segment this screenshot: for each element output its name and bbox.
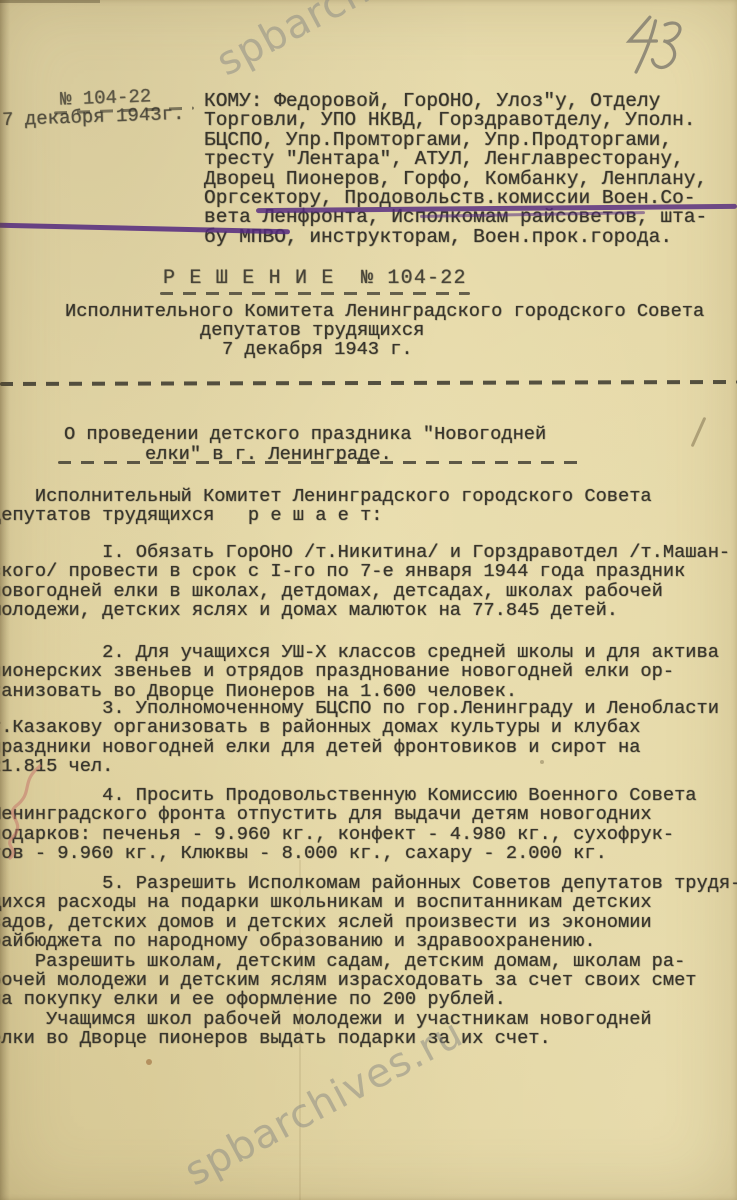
paragraph-line: пионерских звеньев и отрядов праздновани…: [0, 662, 737, 681]
paragraph-5: 5. Разрешить Исполкомам районных Советов…: [0, 874, 737, 1049]
intro-line: депутатов трудящихся р е ш а е т:: [0, 506, 652, 525]
decision-heading: Р Е Ш Е Н И Е № 104-22: [163, 267, 467, 290]
distribution-line: тресту "Лентара", АТУЛ, Ленглавресторану…: [204, 150, 707, 169]
red-margin-mark: [0, 752, 60, 872]
archive-watermark: spbarchives.ru: [209, 0, 500, 80]
paragraph-line: молодежи, детских яслях и домах малюток …: [0, 601, 737, 620]
document-page: spbarchives.ru spbarchives.ru № 104-22 7…: [0, 0, 737, 1200]
paragraph-2: 2. Для учащихся УШ-Х классов средней шко…: [0, 643, 737, 701]
pencil-slash-mark: [691, 417, 707, 447]
doc-date: 7 декабря 1943г.: [2, 103, 185, 131]
paper-speck: [146, 1059, 152, 1065]
paragraph-line: Ленинградского фронта отпустить для выда…: [0, 805, 737, 824]
distribution-line: Торговли, УПО НКВД, Горздравотделу, Упол…: [204, 111, 707, 130]
paragraph-line: щихся расходы на подарки школьникам и во…: [0, 893, 737, 912]
handwritten-page-number: [612, 4, 699, 86]
dashed-separator: [0, 380, 737, 386]
distribution-list: КОМУ: Федоровой, ГорОНО, Улоз"у, Отделу …: [204, 92, 707, 247]
subject-underline: [58, 461, 586, 464]
paragraph-line: 21.815 чел.: [0, 757, 737, 776]
paper-edge-shadow: [0, 0, 100, 3]
decision-heading-underline: [160, 292, 470, 295]
decision-date: 7 декабря 1943 г.: [222, 338, 413, 360]
paragraph-4: 4. Просить Продовольственную Комиссию Во…: [0, 786, 737, 864]
paragraph-1: I. Обязать ГорОНО /т.Никитина/ и Горздра…: [0, 543, 737, 621]
distribution-line: бу МПВО, инструкторам, Воен.прок.города.: [204, 228, 707, 247]
paragraph-line: тов - 9.960 кг., Клюквы - 8.000 кг., сах…: [0, 844, 737, 863]
paragraph-line: елки во Дворце пионеров выдать подарки з…: [0, 1029, 737, 1048]
subject-line: О проведении детского праздника "Новогод…: [64, 423, 546, 445]
intro-text: Исполнительный Комитет Ленинградского го…: [0, 487, 652, 526]
paragraph-3: 3. Уполномоченному БЦСПО по гор.Ленингра…: [0, 699, 737, 777]
paragraph-line: на покупку елки и ее оформление по 200 р…: [0, 990, 737, 1009]
distribution-line: вета Ленфронта, Исполкомам райсоветов, ш…: [204, 208, 707, 227]
paragraph-line: райбюджета по народному образованию и зд…: [0, 932, 737, 951]
paragraph-line: т.Казакову организовать в районных домах…: [0, 718, 737, 737]
paragraph-line: ского/ провести в срок с I-го по 7-е янв…: [0, 562, 737, 581]
